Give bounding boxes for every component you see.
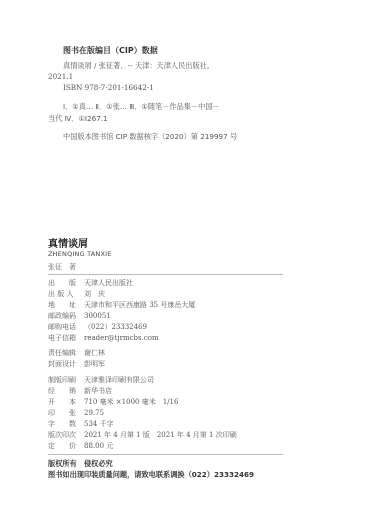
info-row: 邮购电话（022）23332469 [48, 322, 147, 332]
info-row: 责任编辑谢仁林 [48, 348, 105, 358]
info-row: 经 销新华书店 [48, 386, 112, 396]
quality-notice: 图书如出现印装质量问题，请致电联系调换（022）23332469 [48, 470, 254, 480]
info-row: 字 数534 千字 [48, 419, 114, 429]
divider [48, 454, 283, 455]
info-row: 开 本710 毫米 ×1000 毫米 1/16 [48, 397, 178, 407]
info-row: 制版印刷天津雅泽印刷有限公司 [48, 375, 154, 385]
info-row: 邮政编码300051 [48, 311, 111, 321]
info-row: 定 价88.00 元 [48, 441, 113, 451]
cip-classification-1: Ⅰ．①真… Ⅱ．①张… Ⅲ．①随笔－作品集－中国－ [63, 102, 220, 112]
info-row: 电子信箱reader@tjrmcbs.com [48, 333, 159, 343]
book-pinyin: ZHENQING TANXIE [48, 250, 112, 258]
info-row: 出 版天津人民出版社 [48, 278, 133, 288]
cip-classification-2: 当代 Ⅳ．①I267.1 [48, 114, 108, 124]
info-row: 出 版 人刘 庆 [48, 289, 105, 299]
cip-record-number: 中国版本图书馆 CIP 数据核字（2020）第 219997 号 [63, 132, 237, 142]
book-title: 真情谈屑 [48, 235, 88, 250]
info-row: 封面设计彭明军 [48, 359, 105, 369]
book-author: 张征 著 [48, 262, 76, 272]
cip-line-1: 真情谈屑 / 张征著．-- 天津：天津人民出版社， [63, 61, 214, 71]
divider [48, 274, 283, 275]
info-row: 地 址天津市和平区西康路 35 号康岳大厦 [48, 300, 195, 310]
info-row: 印 张29.75 [48, 408, 104, 418]
cip-line-1-cont: 2021.1 [48, 72, 73, 81]
cip-heading: 图书在版编目（CIP）数据 [63, 45, 158, 56]
info-row: 版次印次2021 年 4 月第 1 版 2021 年 4 月第 1 次印刷 [48, 430, 237, 440]
copyright-notice: 版权所有 侵权必究 [48, 459, 113, 469]
cip-isbn: ISBN 978-7-201-16642-1 [63, 83, 154, 92]
